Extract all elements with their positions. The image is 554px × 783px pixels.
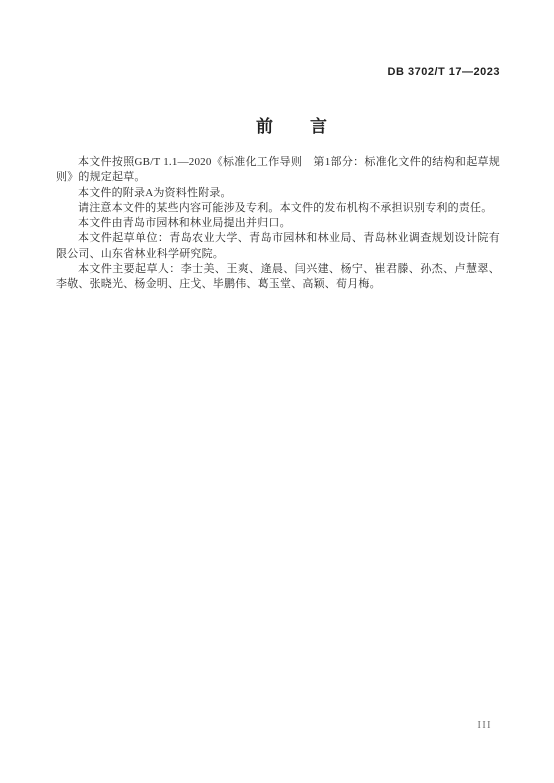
body-paragraph-annex: 本文件的附录A为资料性附录。	[56, 186, 500, 201]
page-number: III	[478, 720, 493, 731]
document-footer: III	[56, 715, 500, 733]
page-title: 前 言	[0, 112, 554, 137]
document-body: 本文件按照GB/T 1.1—2020《标准化工作导则 第1部分：标准化文件的结构…	[56, 155, 500, 293]
body-paragraph-drafting-rules: 本文件按照GB/T 1.1—2020《标准化工作导则 第1部分：标准化文件的结构…	[56, 155, 500, 186]
body-paragraph-main-drafters: 本文件主要起草人：李士美、王爽、逄晨、闫兴建、杨宁、崔君滕、孙杰、卢慧翠、李敬、…	[56, 262, 500, 293]
document-header: DB 3702/T 17—2023	[56, 62, 500, 80]
body-paragraph-proposing-body: 本文件由青岛市园林和林业局提出并归口。	[56, 216, 500, 231]
document-page: DB 3702/T 17—2023 前 言 本文件按照GB/T 1.1—2020…	[0, 0, 554, 783]
standard-number: DB 3702/T 17—2023	[388, 66, 500, 78]
body-paragraph-patent-notice: 请注意本文件的某些内容可能涉及专利。本文件的发布机构不承担识别专利的责任。	[56, 201, 500, 216]
body-paragraph-drafting-organizations: 本文件起草单位：青岛农业大学、青岛市园林和林业局、青岛林业调查规划设计院有限公司…	[56, 231, 500, 262]
